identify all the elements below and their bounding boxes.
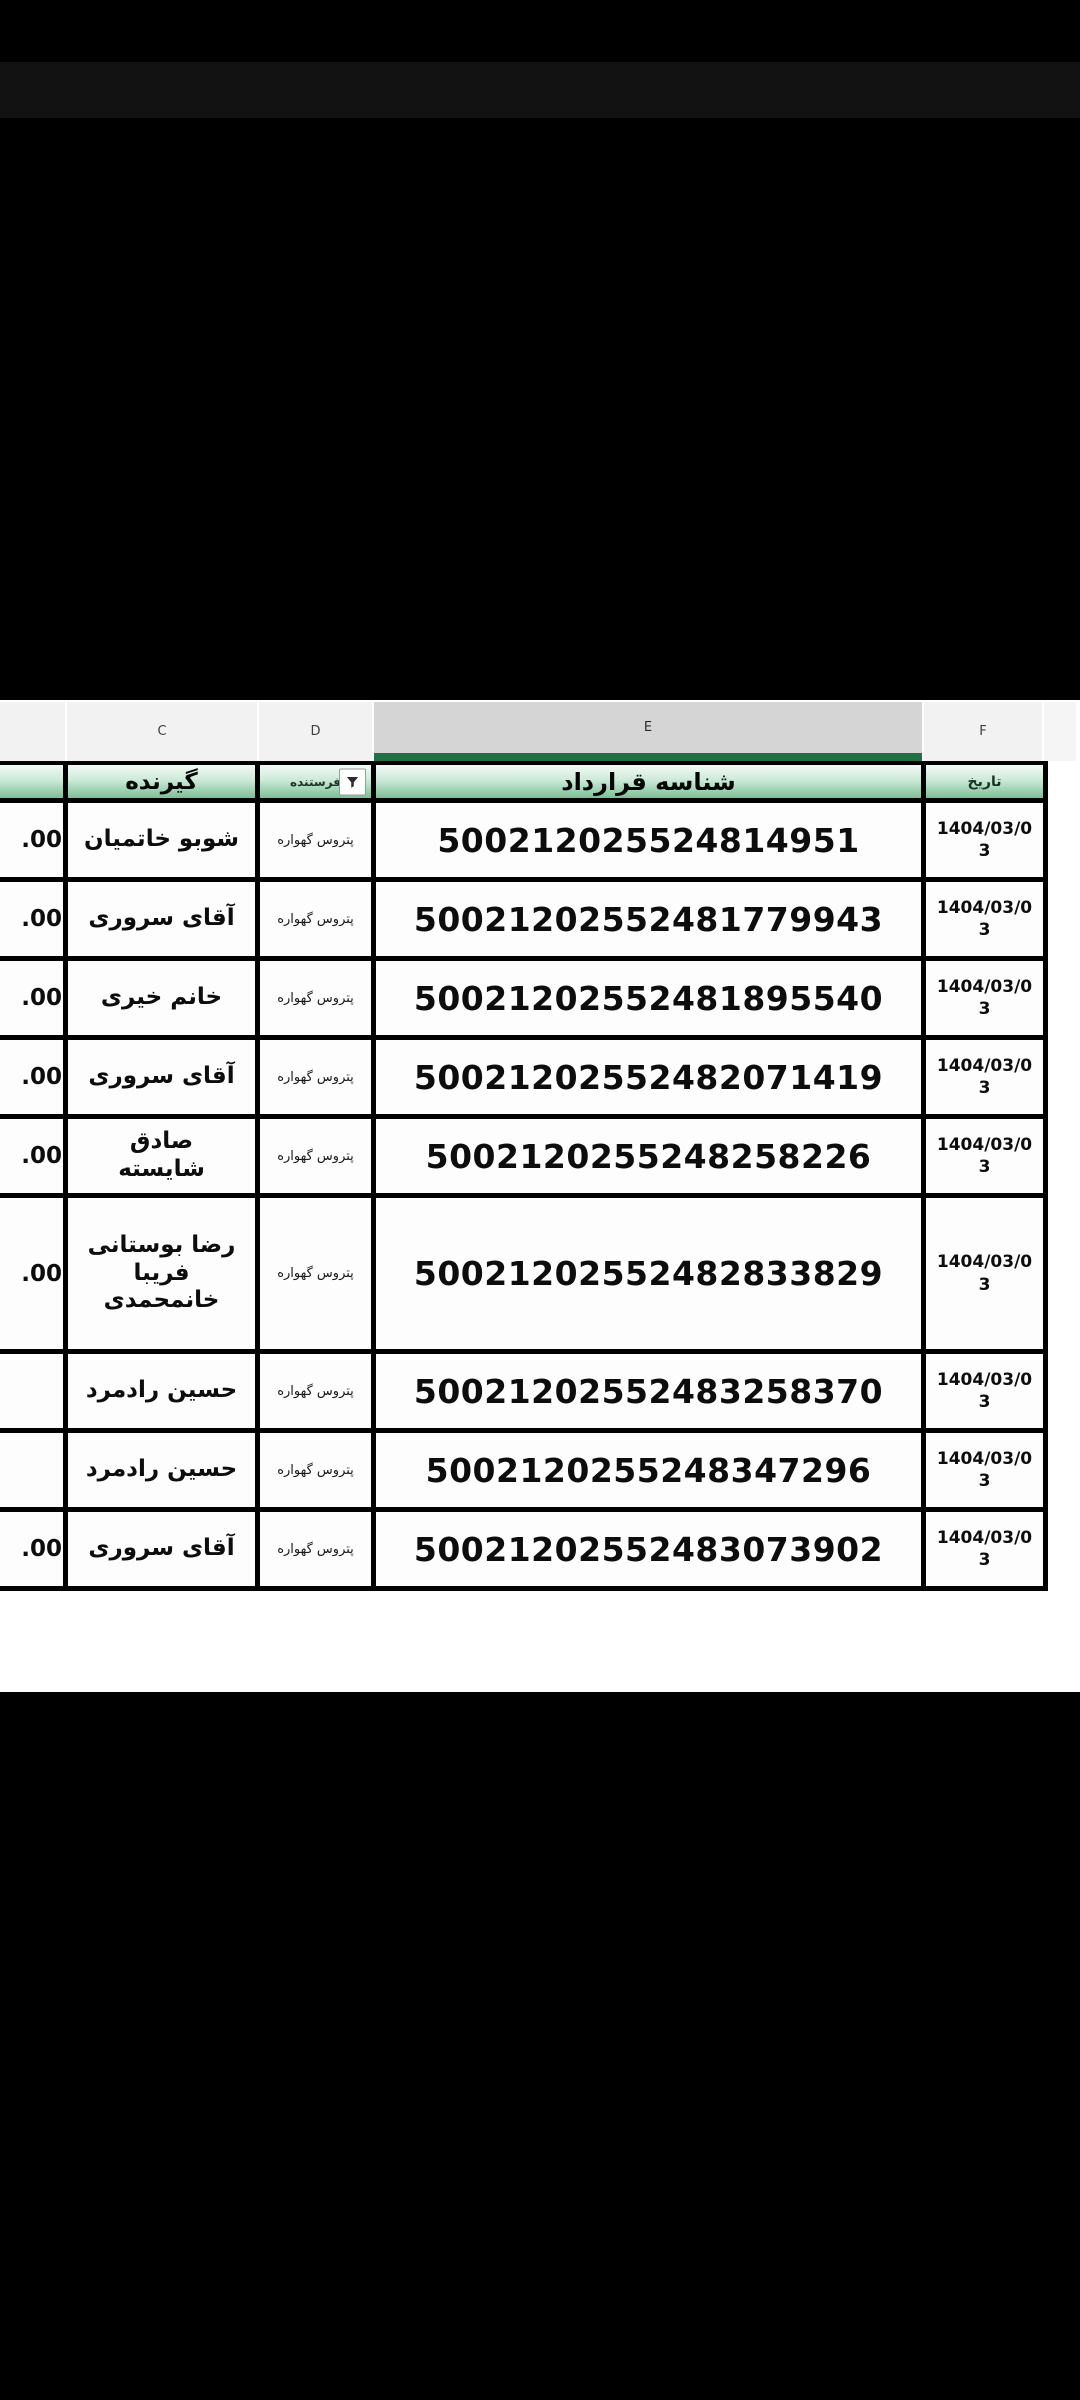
cell-recipient[interactable]: صادق شایسته <box>68 1119 255 1193</box>
column-header-b-partial[interactable] <box>0 702 65 761</box>
cell-amount[interactable]: .00 <box>0 961 63 1035</box>
sender-header-label: فرستنده <box>290 775 341 789</box>
cell-amount[interactable]: .00 <box>0 803 63 877</box>
status-bar-region <box>0 62 1080 118</box>
header-cell-recipient[interactable]: گیرنده <box>68 765 255 798</box>
cell-amount[interactable]: .00 <box>0 882 63 956</box>
cell-amount[interactable] <box>0 1433 63 1507</box>
cell-sender[interactable]: پتروس گهواره <box>260 1198 371 1349</box>
cell-recipient[interactable]: آقای سروری <box>68 1040 255 1114</box>
cell-sender[interactable]: پتروس گهواره <box>260 1433 371 1507</box>
cell-amount[interactable]: .00 <box>0 1119 63 1193</box>
cell-contract-id[interactable]: 5002120255248258226 <box>376 1119 921 1193</box>
cell-sender[interactable]: پتروس گهواره <box>260 1354 371 1428</box>
cell-recipient[interactable]: حسین رادمرد <box>68 1354 255 1428</box>
cell-sender[interactable]: پتروس گهواره <box>260 1119 371 1193</box>
cell-contract-id[interactable]: 50021202552483258370 <box>376 1354 921 1428</box>
cell-date[interactable]: 1404/03/03 <box>926 803 1043 877</box>
cell-date[interactable]: 1404/03/03 <box>926 1512 1043 1586</box>
header-cell-contract-id[interactable]: شناسه قرارداد <box>376 765 921 798</box>
cell-amount[interactable]: .00 <box>0 1040 63 1114</box>
cell-sender[interactable]: پتروس گهواره <box>260 961 371 1035</box>
cell-contract-id[interactable]: 50021202552482071419 <box>376 1040 921 1114</box>
cell-recipient[interactable]: شوبو خاتمیان <box>68 803 255 877</box>
spreadsheet-viewport: C D E F گیرنده فرستنده شناسه قرارداد تار… <box>0 700 1080 1692</box>
cell-contract-id[interactable]: 500212025524814951 <box>376 803 921 877</box>
cell-contract-id[interactable]: 5002120255248347296 <box>376 1433 921 1507</box>
cell-amount[interactable] <box>0 1354 63 1428</box>
cell-sender[interactable]: پتروس گهواره <box>260 1512 371 1586</box>
cell-recipient[interactable]: آقای سروری <box>68 1512 255 1586</box>
cell-date[interactable]: 1404/03/03 <box>926 961 1043 1035</box>
column-header-d[interactable]: D <box>259 702 372 761</box>
cell-sender[interactable]: پتروس گهواره <box>260 1040 371 1114</box>
cell-recipient[interactable]: حسین رادمرد <box>68 1433 255 1507</box>
header-cell-date[interactable]: تاریخ <box>926 765 1043 798</box>
cell-contract-id[interactable]: 50021202552481779943 <box>376 882 921 956</box>
cell-date[interactable]: 1404/03/03 <box>926 1119 1043 1193</box>
header-cell-amount-partial[interactable] <box>0 765 63 798</box>
cell-contract-id[interactable]: 50021202552481895540 <box>376 961 921 1035</box>
column-header-f[interactable]: F <box>924 702 1042 761</box>
cell-date[interactable]: 1404/03/03 <box>926 1354 1043 1428</box>
column-header-g-partial[interactable] <box>1044 702 1076 761</box>
data-table: گیرنده فرستنده شناسه قرارداد تاریخ .00 ش… <box>0 761 1048 1591</box>
cell-recipient[interactable]: آقای سروری <box>68 882 255 956</box>
filter-button[interactable] <box>339 768 366 795</box>
cell-date[interactable]: 1404/03/03 <box>926 1040 1043 1114</box>
cell-contract-id[interactable]: 50021202552483073902 <box>376 1512 921 1586</box>
column-header-e-selected[interactable]: E <box>374 702 922 761</box>
cell-sender[interactable]: پتروس گهواره <box>260 803 371 877</box>
column-letter-row: C D E F <box>0 702 1080 761</box>
cell-recipient[interactable]: خانم خیری <box>68 961 255 1035</box>
column-header-c[interactable]: C <box>67 702 257 761</box>
header-cell-sender[interactable]: فرستنده <box>260 765 371 798</box>
cell-date[interactable]: 1404/03/03 <box>926 1198 1043 1349</box>
cell-contract-id[interactable]: 50021202552482833829 <box>376 1198 921 1349</box>
cell-date[interactable]: 1404/03/03 <box>926 882 1043 956</box>
filter-funnel-icon <box>345 774 360 789</box>
cell-sender[interactable]: پتروس گهواره <box>260 882 371 956</box>
cell-amount[interactable]: .00 <box>0 1512 63 1586</box>
cell-recipient[interactable]: رضا بوستانی فریبا خانمحمدی <box>68 1198 255 1349</box>
cell-amount[interactable]: .00 <box>0 1198 63 1349</box>
cell-date[interactable]: 1404/03/03 <box>926 1433 1043 1507</box>
